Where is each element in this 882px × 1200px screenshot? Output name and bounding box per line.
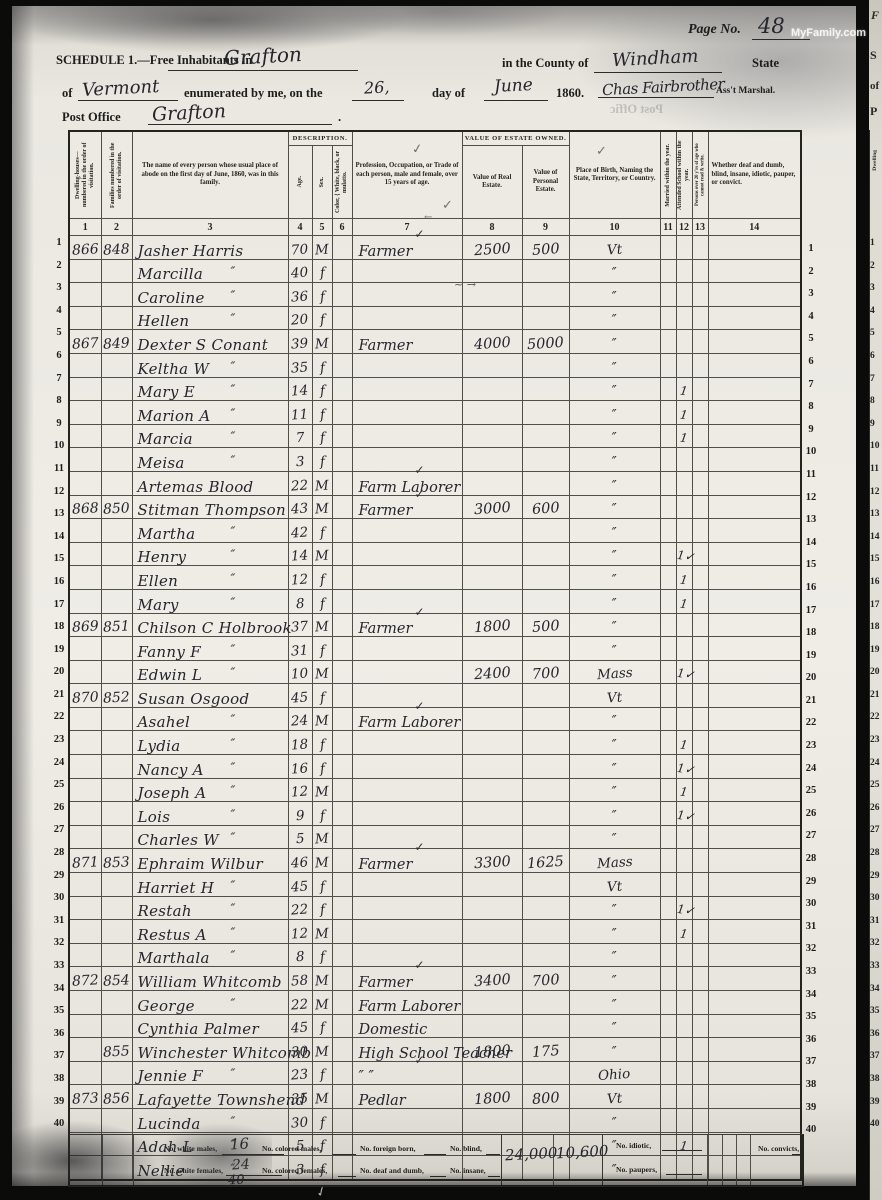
- cell-school: 1: [676, 778, 692, 802]
- cell-occupation: ✓″ ″: [352, 1061, 462, 1085]
- cell-cannot-read: [692, 589, 708, 613]
- cell-name: Lucinda″: [132, 1108, 288, 1132]
- line-number: 31: [52, 910, 66, 933]
- name-ditto: ″: [231, 926, 236, 941]
- blank-line: [666, 1173, 702, 1175]
- blank-line: [430, 1175, 446, 1177]
- cell-real-estate: [462, 259, 522, 283]
- person-name: Charles W: [138, 831, 220, 849]
- cell-name: Asahel″: [132, 707, 288, 731]
- sliver-column-fragment: Dwelling: [872, 150, 878, 171]
- cell-married: [660, 825, 676, 849]
- cell-cannot-read: [692, 424, 708, 448]
- cell-sex: M: [312, 991, 332, 1015]
- cell-name: Marcia″: [132, 424, 288, 448]
- cell-color: [332, 566, 352, 590]
- header-sex: Sex.: [312, 146, 332, 219]
- cell-age: 9: [288, 802, 312, 826]
- birthplace-value: ″: [611, 784, 617, 800]
- sliver-line-number: 16: [870, 571, 882, 594]
- cell-birthplace: ″: [569, 755, 660, 779]
- cell-family: [101, 542, 132, 566]
- cell-remarks: [708, 849, 801, 873]
- cell-remarks: [708, 660, 801, 684]
- school-mark: 1: [679, 926, 689, 941]
- cell-sex: f: [312, 448, 332, 472]
- cell-name: Lydia″: [132, 731, 288, 755]
- birthplace-value: Ohio: [598, 1066, 631, 1084]
- birthplace-value: Mass: [596, 854, 633, 872]
- age-value: 10: [291, 666, 309, 683]
- age-value: 45: [291, 878, 309, 895]
- birthplace-value: ″: [611, 619, 617, 635]
- sex-value: M: [315, 501, 330, 518]
- cell-occupation: [352, 401, 462, 425]
- cell-name: Keltha W″: [132, 353, 288, 377]
- cell-married: [660, 1061, 676, 1085]
- cell-color: [332, 873, 352, 897]
- line-number: 12: [804, 487, 818, 510]
- cell-school: 1✓: [676, 755, 692, 779]
- birthplace-value: ″: [611, 737, 617, 753]
- sex-value: f: [319, 690, 325, 706]
- cell-dwelling: [69, 589, 101, 613]
- cell-family: [101, 377, 132, 401]
- foreign-born-label: No. foreign born,: [360, 1144, 416, 1153]
- cell-personal-estate: [522, 259, 569, 283]
- sliver-line-number: 8: [870, 390, 882, 413]
- sliver-line-number: 18: [870, 616, 882, 639]
- cell-name: Meisa″: [132, 448, 288, 472]
- cell-school: [676, 236, 692, 260]
- cell-dwelling: 867: [69, 330, 101, 354]
- cell-personal-estate: 800: [522, 1085, 569, 1109]
- table-row: Restus A″12M″1: [69, 920, 801, 944]
- line-number: 36: [52, 1023, 66, 1046]
- cell-birthplace: ″: [569, 1108, 660, 1132]
- line-number: 5: [52, 322, 66, 345]
- sex-value: f: [319, 595, 325, 611]
- cell-color: [332, 353, 352, 377]
- person-name: Artemas Blood: [138, 478, 254, 496]
- cell-school: [676, 1061, 692, 1085]
- sliver-line-number: 21: [870, 684, 882, 707]
- blank-line: [486, 1153, 500, 1155]
- cell-personal-estate: [522, 825, 569, 849]
- header-occupation: Profession, Occupation, or Trade of each…: [352, 131, 462, 219]
- cell-personal-estate: [522, 424, 569, 448]
- header-estate-band: VALUE OF ESTATE OWNED.: [462, 131, 569, 146]
- cell-family: [101, 283, 132, 307]
- cell-sex: f: [312, 1108, 332, 1132]
- sliver-line-numbers: 1234567891011121314151617181920212223242…: [870, 232, 882, 1136]
- cell-remarks: [708, 519, 801, 543]
- cell-personal-estate: 175: [522, 1038, 569, 1062]
- sex-value: f: [319, 737, 325, 753]
- cell-family: [101, 259, 132, 283]
- cell-remarks: [708, 755, 801, 779]
- line-number: 14: [804, 532, 818, 555]
- cell-sex: f: [312, 637, 332, 661]
- line-number: 13: [52, 503, 66, 526]
- cell-age: 12: [288, 566, 312, 590]
- marshal-label: Ass't Marshal.: [716, 86, 775, 96]
- cell-married: [660, 778, 676, 802]
- cell-family: [101, 778, 132, 802]
- sex-value: M: [315, 666, 330, 683]
- age-value: 9: [295, 808, 305, 825]
- cell-real-estate: 3400: [462, 967, 522, 991]
- birthplace-value: ″: [611, 1114, 617, 1130]
- person-name: Restus A: [138, 926, 207, 944]
- header-dwelling: Dwelling-houses— numbered in the order o…: [69, 131, 101, 219]
- cell-name: George″: [132, 991, 288, 1015]
- table-row: Joseph A″12M″1: [69, 778, 801, 802]
- age-value: 5: [295, 831, 305, 848]
- cell-color: [332, 306, 352, 330]
- dwelling-number: 869: [71, 618, 99, 635]
- sex-value: f: [319, 359, 325, 375]
- cell-married: [660, 353, 676, 377]
- personal-estate-value: 1625: [527, 854, 565, 873]
- occupation-value: Domestic: [359, 1022, 428, 1038]
- cell-personal-estate: [522, 353, 569, 377]
- name-ditto: ″: [231, 454, 236, 469]
- census-table: Dwelling-houses— numbered in the order o…: [68, 130, 802, 1181]
- age-value: 36: [291, 288, 309, 305]
- person-name: Winchester Whitcomb: [138, 1044, 312, 1062]
- white-females-value: 24: [232, 1157, 251, 1174]
- cell-family: 856: [101, 1085, 132, 1109]
- white-males-label: No. white males,: [164, 1144, 217, 1153]
- cell-dwelling: [69, 896, 101, 920]
- cell-cannot-read: [692, 896, 708, 920]
- person-name: Stitman Thompson: [138, 501, 286, 519]
- cell-color: [332, 236, 352, 260]
- cell-sex: f: [312, 401, 332, 425]
- cell-occupation: [352, 873, 462, 897]
- convicts-label: No. convicts,: [758, 1144, 799, 1153]
- cell-age: 43: [288, 495, 312, 519]
- table-row: Marthala″8f″: [69, 943, 801, 967]
- table-row: Mary″8f″1: [69, 589, 801, 613]
- cell-name: Lafayette Townshend: [132, 1085, 288, 1109]
- cell-remarks: [708, 1014, 801, 1038]
- cell-family: [101, 589, 132, 613]
- cell-birthplace: ″: [569, 589, 660, 613]
- sliver-line-number: 5: [870, 322, 882, 345]
- cell-name: Harriet H″: [132, 873, 288, 897]
- cell-name: Restah″: [132, 896, 288, 920]
- person-name: Jasher Harris: [138, 242, 244, 260]
- age-value: 14: [291, 383, 309, 400]
- line-number: 1: [52, 232, 66, 255]
- cell-age: 8: [288, 589, 312, 613]
- person-name: Marthala: [138, 949, 210, 967]
- cell-personal-estate: 700: [522, 660, 569, 684]
- sliver-line-number: 22: [870, 706, 882, 729]
- personal-estate-value: 175: [531, 1043, 560, 1061]
- cell-real-estate: [462, 471, 522, 495]
- age-value: 46: [291, 854, 309, 871]
- line-number: 38: [804, 1074, 818, 1097]
- cell-name: Mary E″: [132, 377, 288, 401]
- cell-name: Chilson C Holbrook: [132, 613, 288, 637]
- cell-age: 42: [288, 519, 312, 543]
- birthplace-value: ″: [611, 525, 617, 541]
- line-number: 29: [804, 871, 818, 894]
- sliver-line-number: 33: [870, 955, 882, 978]
- table-row: Artemas Blood22M✓Farm Laborer″: [69, 471, 801, 495]
- marshal-signature: Chas Fairbrother: [602, 75, 725, 99]
- family-number: 855: [103, 1043, 131, 1060]
- cell-age: 36: [288, 283, 312, 307]
- person-name: Hellen: [138, 312, 190, 330]
- table-row: Lucinda″30f″: [69, 1108, 801, 1132]
- cell-family: 850: [101, 495, 132, 519]
- cell-sex: f: [312, 353, 332, 377]
- family-number: 856: [103, 1090, 131, 1107]
- cell-remarks: [708, 283, 801, 307]
- idiotic-label: No. idiotic,: [616, 1141, 651, 1150]
- line-number: 4: [804, 306, 818, 329]
- table-row: Lydia″18f″1: [69, 731, 801, 755]
- cell-married: [660, 802, 676, 826]
- table-row: Ellen″12f″1: [69, 566, 801, 590]
- sex-value: f: [319, 878, 325, 894]
- cell-cannot-read: [692, 825, 708, 849]
- age-value: 58: [291, 972, 309, 989]
- cell-occupation: [352, 542, 462, 566]
- of-label: of: [62, 86, 72, 101]
- person-name: Mary: [138, 596, 179, 614]
- birthplace-value: ″: [611, 289, 617, 305]
- birthplace-value: ″: [611, 949, 617, 965]
- occupation-check: ✓: [415, 1053, 425, 1068]
- cell-cannot-read: [692, 943, 708, 967]
- page-no-underline: [752, 39, 810, 40]
- table-row: 873856Lafayette Townshend35MPedlar180080…: [69, 1085, 801, 1109]
- cell-birthplace: ″: [569, 707, 660, 731]
- table-row: Mary E″14f″1: [69, 377, 801, 401]
- cell-name: Marthala″: [132, 943, 288, 967]
- cell-sex: f: [312, 755, 332, 779]
- cell-dwelling: [69, 448, 101, 472]
- cell-color: [332, 1085, 352, 1109]
- cell-married: [660, 991, 676, 1015]
- cell-color: [332, 778, 352, 802]
- cell-dwelling: [69, 566, 101, 590]
- age-value: 43: [291, 501, 309, 518]
- cell-sex: f: [312, 873, 332, 897]
- cell-birthplace: Mass: [569, 849, 660, 873]
- cell-remarks: [708, 943, 801, 967]
- cell-family: [101, 1061, 132, 1085]
- sliver-line-number: 6: [870, 345, 882, 368]
- personal-estate-value: 600: [531, 500, 560, 518]
- cell-family: [101, 802, 132, 826]
- person-name: Lafayette Townshend: [138, 1091, 306, 1109]
- line-number: 25: [804, 780, 818, 803]
- age-value: 70: [291, 241, 309, 258]
- line-number: 15: [804, 554, 818, 577]
- sliver-line-number: 3: [870, 277, 882, 300]
- cell-color: [332, 802, 352, 826]
- cell-married: [660, 377, 676, 401]
- cell-cannot-read: [692, 353, 708, 377]
- line-number: 23: [52, 729, 66, 752]
- cell-occupation: [352, 353, 462, 377]
- line-number: 9: [804, 419, 818, 442]
- cell-real-estate: 1800: [462, 613, 522, 637]
- cell-color: [332, 660, 352, 684]
- cell-occupation: [352, 684, 462, 708]
- cell-age: 37: [288, 613, 312, 637]
- person-name: Susan Osgood: [138, 690, 250, 708]
- name-ditto: ″: [231, 265, 236, 280]
- footer-line: [707, 1135, 708, 1185]
- sliver-line-number: 2: [870, 255, 882, 278]
- name-ditto: ″: [231, 666, 236, 681]
- sex-value: f: [319, 643, 325, 659]
- cell-sex: f: [312, 259, 332, 283]
- line-number: 22: [804, 712, 818, 735]
- real-estate-value: 4000: [473, 335, 511, 354]
- cell-real-estate: 1800: [462, 1085, 522, 1109]
- cell-married: [660, 1014, 676, 1038]
- birthplace-value: ″: [611, 501, 617, 517]
- person-name: Ellen: [138, 572, 179, 590]
- cell-personal-estate: [522, 306, 569, 330]
- cell-remarks: [708, 495, 801, 519]
- cell-age: 40: [288, 259, 312, 283]
- cell-occupation: High School Teacher: [352, 1038, 462, 1062]
- cell-sex: f: [312, 684, 332, 708]
- cell-school: [676, 1085, 692, 1109]
- family-number: 854: [103, 972, 131, 989]
- real-estate-value: 2500: [473, 240, 511, 259]
- dwelling-number: 868: [71, 500, 99, 517]
- cell-sex: M: [312, 849, 332, 873]
- cell-real-estate: 3000: [462, 495, 522, 519]
- cell-school: 1: [676, 731, 692, 755]
- cell-name: Susan Osgood: [132, 684, 288, 708]
- cell-remarks: [708, 401, 801, 425]
- line-number: 5: [804, 328, 818, 351]
- sex-value: f: [319, 902, 325, 918]
- cell-family: [101, 519, 132, 543]
- birthplace-value: Vt: [606, 878, 622, 895]
- birthplace-value: Mass: [596, 665, 633, 683]
- cell-age: 20: [288, 306, 312, 330]
- cell-real-estate: [462, 707, 522, 731]
- estate-totals-box: 24,000 10,600: [501, 1135, 603, 1185]
- blank-line: [332, 1153, 356, 1155]
- birthplace-value: ″: [611, 407, 617, 423]
- cell-married: [660, 684, 676, 708]
- cell-dwelling: [69, 943, 101, 967]
- cell-remarks: [708, 330, 801, 354]
- cell-age: 10: [288, 660, 312, 684]
- cell-age: 5: [288, 825, 312, 849]
- sliver-line-number: 17: [870, 594, 882, 617]
- birthplace-value: ″: [611, 643, 617, 659]
- state-word: State: [752, 56, 779, 71]
- name-ditto: ″: [231, 831, 236, 846]
- blank-line: [424, 1153, 446, 1155]
- cell-dwelling: [69, 353, 101, 377]
- line-number: 27: [52, 819, 66, 842]
- line-number: 27: [804, 825, 818, 848]
- cell-age: 8: [288, 943, 312, 967]
- sex-value: M: [315, 973, 330, 990]
- line-number: 26: [52, 797, 66, 820]
- line-number: 40: [804, 1119, 818, 1142]
- cell-dwelling: [69, 401, 101, 425]
- cell-birthplace: ″: [569, 306, 660, 330]
- sliver-line-number: 1: [870, 232, 882, 255]
- cell-cannot-read: [692, 259, 708, 283]
- cell-occupation: Farm Laborer: [352, 991, 462, 1015]
- sliver-line-number: 11: [870, 458, 882, 481]
- cell-age: 30: [288, 1038, 312, 1062]
- line-number: 16: [804, 577, 818, 600]
- person-name: Meisa: [138, 454, 185, 472]
- cell-school: 1: [676, 424, 692, 448]
- age-value: 12: [291, 925, 309, 942]
- table-row: Jennie F″23f✓″ ″Ohio: [69, 1061, 801, 1085]
- cell-age: 70: [288, 236, 312, 260]
- cell-color: [332, 684, 352, 708]
- cell-married: [660, 566, 676, 590]
- person-name: Mary E: [138, 383, 195, 401]
- cell-cannot-read: [692, 920, 708, 944]
- cell-personal-estate: [522, 589, 569, 613]
- cell-personal-estate: [522, 566, 569, 590]
- town-entry: Grafton: [223, 42, 302, 70]
- cell-remarks: [708, 731, 801, 755]
- cell-cannot-read: [692, 1014, 708, 1038]
- cell-birthplace: ″: [569, 920, 660, 944]
- cell-occupation: [352, 424, 462, 448]
- cell-married: [660, 448, 676, 472]
- name-ditto: ″: [231, 289, 236, 304]
- cell-cannot-read: [692, 542, 708, 566]
- cell-personal-estate: [522, 920, 569, 944]
- dwelling-number: 872: [71, 972, 99, 989]
- occupation-value: Farmer: [359, 621, 413, 637]
- age-value: 30: [291, 1114, 309, 1131]
- cell-school: [676, 684, 692, 708]
- family-number: 848: [103, 241, 131, 258]
- cell-family: 855: [101, 1038, 132, 1062]
- cell-school: [676, 306, 692, 330]
- cell-dwelling: [69, 920, 101, 944]
- cell-name: Henry″: [132, 542, 288, 566]
- age-value: 12: [291, 571, 309, 588]
- sex-value: f: [319, 454, 325, 470]
- header-real-estate: Value of Real Estate.: [462, 146, 522, 219]
- cell-name: Artemas Blood: [132, 471, 288, 495]
- line-number: 11: [52, 458, 66, 481]
- line-number: 37: [804, 1051, 818, 1074]
- line-number: 37: [52, 1045, 66, 1068]
- line-number: 35: [804, 1006, 818, 1029]
- line-number: 10: [804, 441, 818, 464]
- name-ditto: ″: [231, 430, 236, 445]
- cell-birthplace: ″: [569, 1014, 660, 1038]
- cell-color: [332, 967, 352, 991]
